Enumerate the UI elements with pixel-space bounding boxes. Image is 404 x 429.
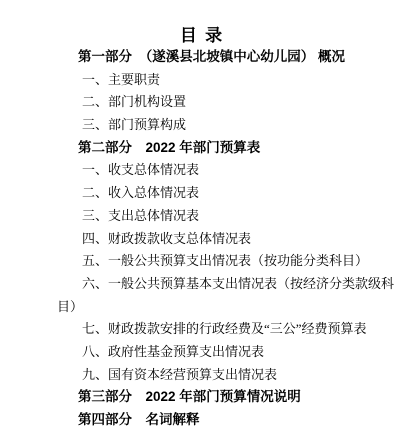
toc-list: 第一部分 （遂溪县北坡镇中心幼儿园） 概况一、主要职责二、部门机构设置三、部门预… [0, 46, 404, 429]
document-page: 目 录 第一部分 （遂溪县北坡镇中心幼儿园） 概况一、主要职责二、部门机构设置三… [0, 0, 404, 429]
toc-entry: 四、财政拨款收支总体情况表 [82, 228, 398, 251]
toc-entry: 七、财政拨款安排的行政经费及“三公”经费预算表 [82, 318, 398, 341]
toc-entry: 目） [57, 296, 398, 319]
toc-entry: 二、部门机构设置 [82, 91, 398, 114]
toc-entry: 一、收支总体情况表 [82, 159, 398, 182]
toc-entry: 三、部门预算构成 [82, 114, 398, 137]
toc-entry: 六、一般公共预算基本支出情况表（按经济分类款级科 [82, 273, 398, 296]
toc-entry: 二、收入总体情况表 [82, 182, 398, 205]
toc-entry: 三、支出总体情况表 [82, 205, 398, 228]
toc-entry: 八、政府性基金预算支出情况表 [82, 341, 398, 364]
toc-entry: 一、主要职责 [82, 69, 398, 92]
toc-entry: 九、国有资本经营预算支出情况表 [82, 364, 398, 387]
toc-entry: 第一部分 （遂溪县北坡镇中心幼儿园） 概况 [78, 46, 398, 69]
toc-entry: 第四部分 名词解释 [78, 409, 398, 429]
toc-entry: 第三部分 2022 年部门预算情况说明 [78, 386, 398, 409]
toc-entry: 第二部分 2022 年部门预算表 [78, 137, 398, 160]
toc-entry: 五、一般公共预算支出情况表（按功能分类科目） [82, 250, 398, 273]
page-title: 目 录 [0, 26, 404, 46]
